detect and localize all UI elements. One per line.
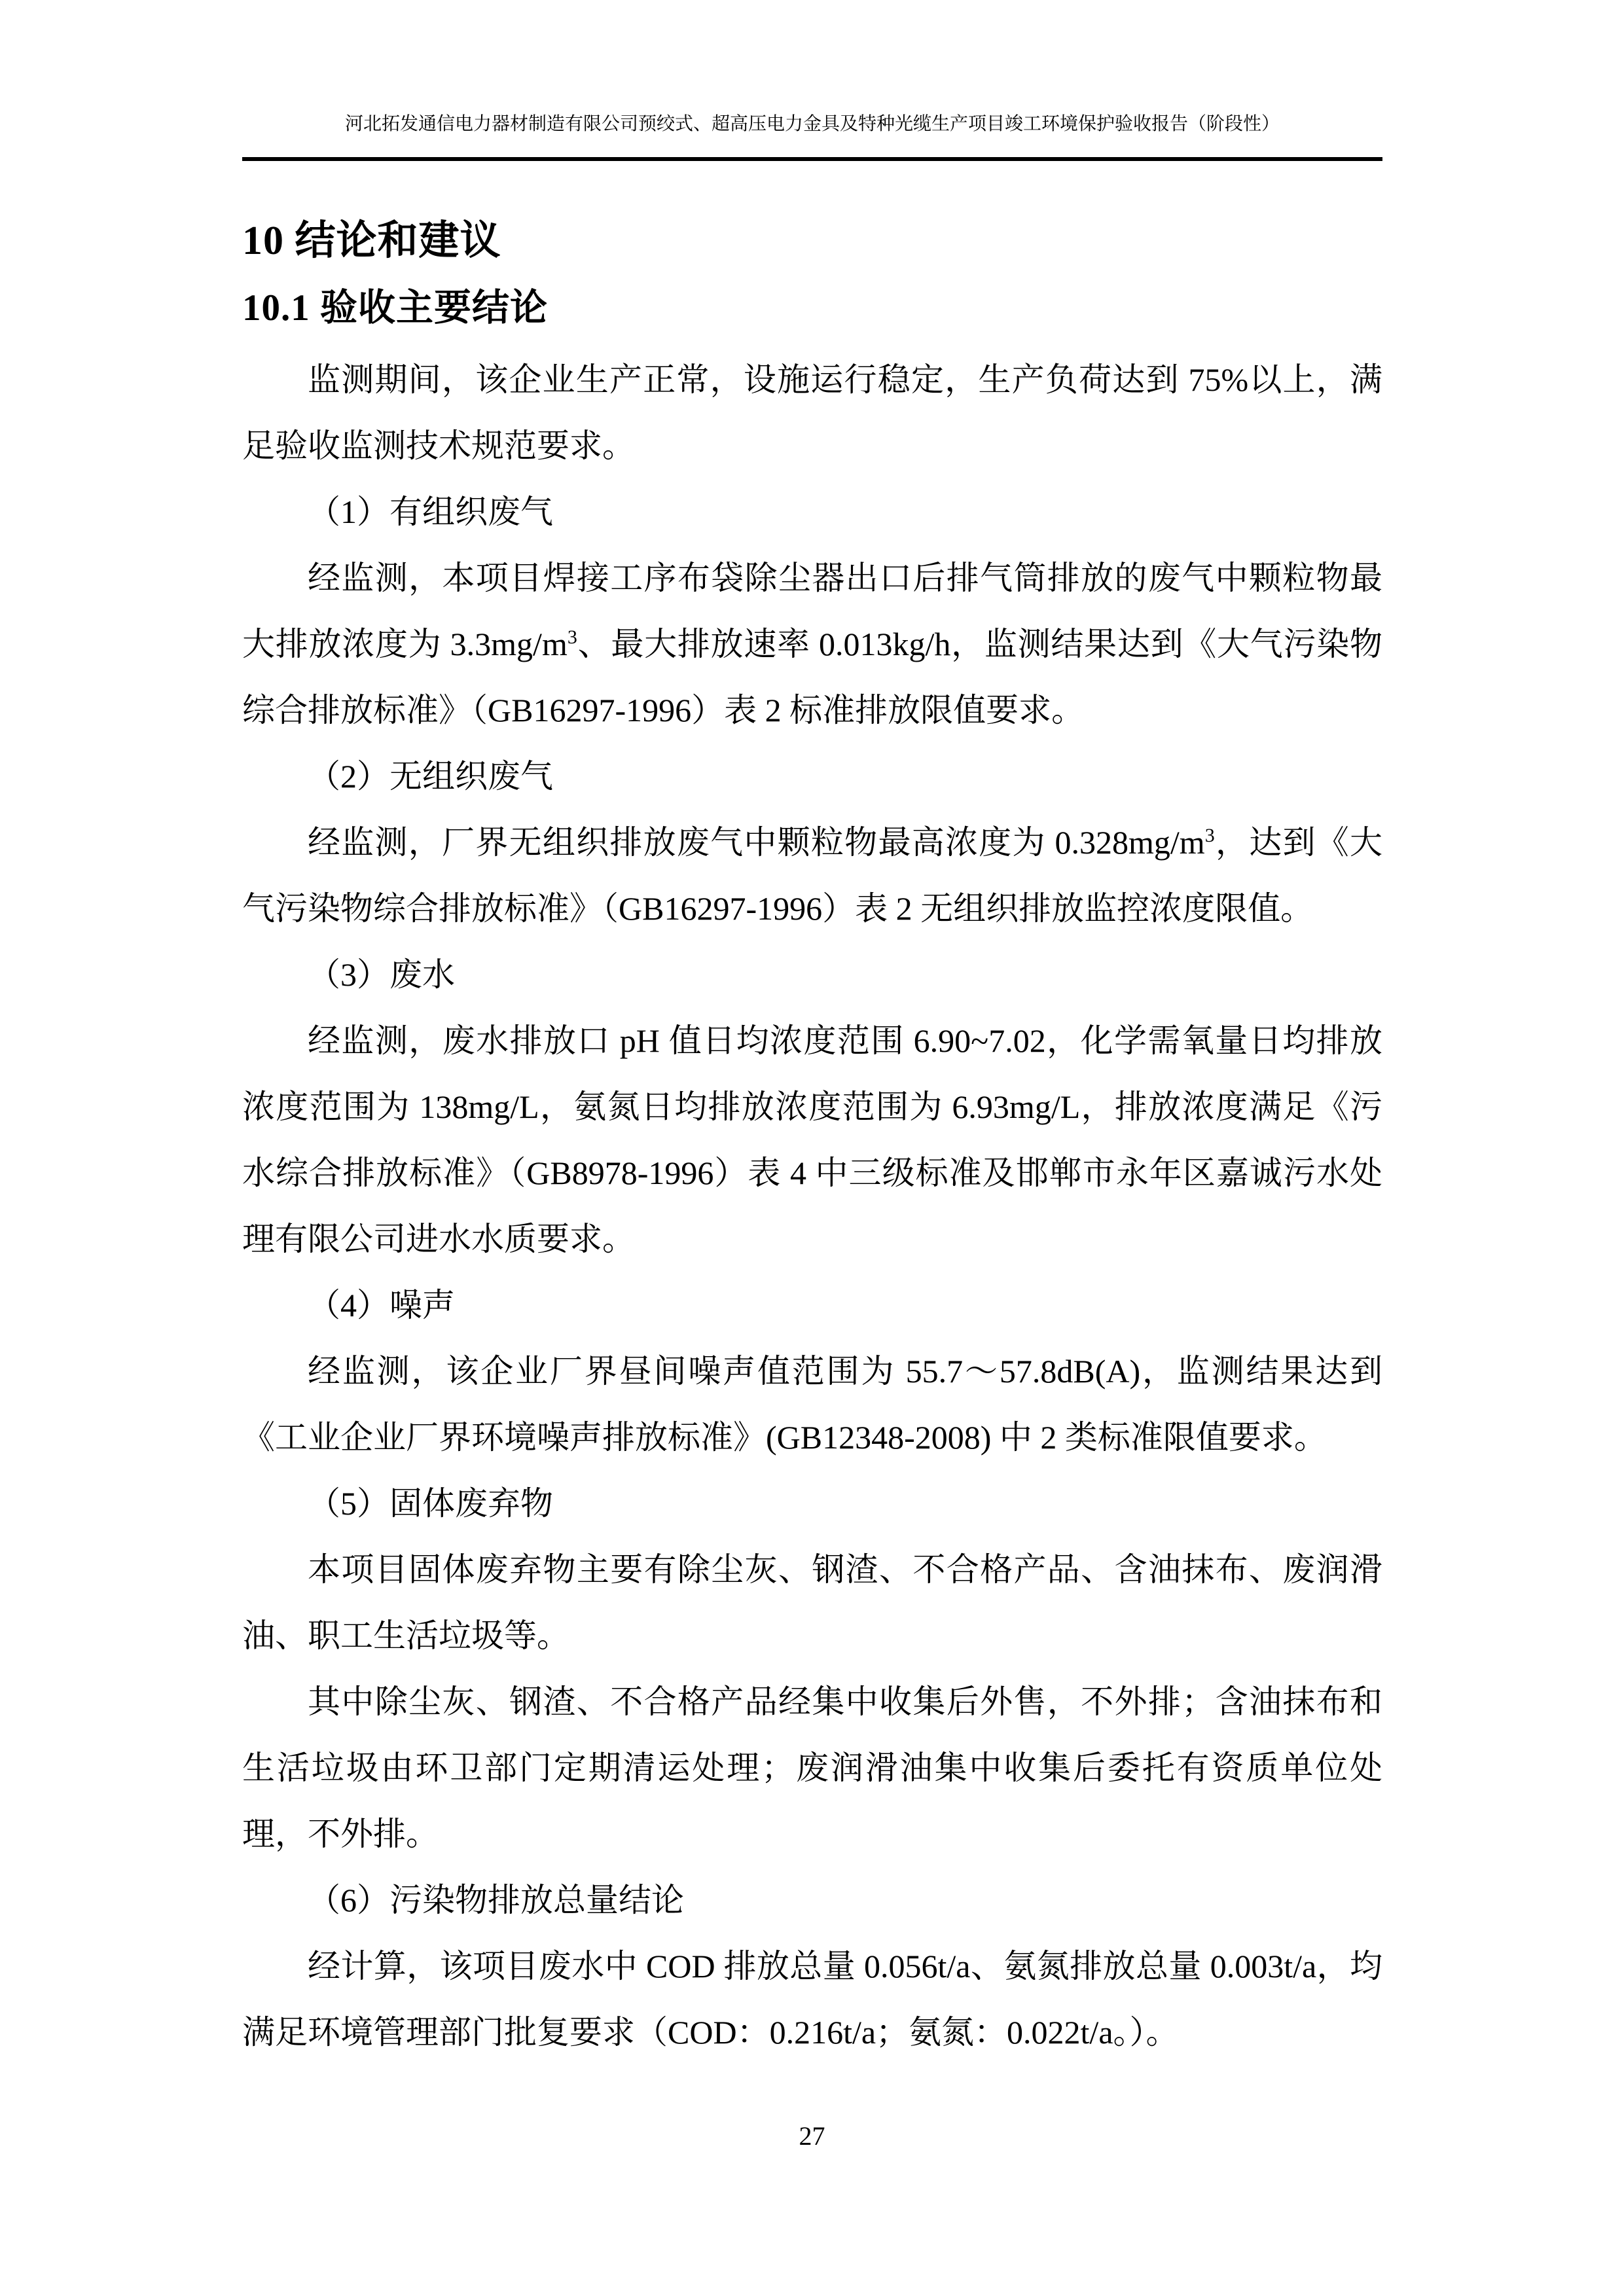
paragraph: 经监测，厂界无组织排放废气中颗粒物最高浓度为 0.328mg/m3，达到《大气污… — [242, 810, 1382, 942]
paragraph: 其中除尘灰、钢渣、不合格产品经集中收集后外售，不外排；含油抹布和生活垃圾由环卫部… — [242, 1669, 1382, 1867]
item-heading: （4）噪声 — [242, 1272, 1382, 1338]
superscript: 3 — [568, 626, 577, 648]
paragraph: 经监测，废水排放口 pH 值日均浓度范围 6.90~7.02，化学需氧量日均排放… — [242, 1008, 1382, 1272]
header-rule — [242, 157, 1382, 161]
document-body: 监测期间，该企业生产正常，设施运行稳定，生产负荷达到 75%以上，满足验收监测技… — [242, 347, 1382, 2066]
item-heading: （2）无组织废气 — [242, 744, 1382, 810]
item-heading: （1）有组织废气 — [242, 479, 1382, 545]
subsection-title: 10.1 验收主要结论 — [242, 287, 548, 330]
document-page: 河北拓发通信电力器材制造有限公司预绞式、超高压电力金具及特种光缆生产项目竣工环境… — [0, 0, 1624, 2296]
paragraph: 经计算，该项目废水中 COD 排放总量 0.056t/a、氨氮排放总量 0.00… — [242, 1933, 1382, 2066]
superscript: 3 — [1205, 825, 1215, 846]
paragraph: 本项目固体废弃物主要有除尘灰、钢渣、不合格产品、含油抹布、废润滑油、职工生活垃圾… — [242, 1537, 1382, 1669]
page-header-title: 河北拓发通信电力器材制造有限公司预绞式、超高压电力金具及特种光缆生产项目竣工环境… — [242, 111, 1382, 137]
section-title: 10 结论和建议 — [242, 217, 501, 264]
paragraph: 经监测，该企业厂界昼间噪声值范围为 55.7～57.8dB(A)，监测结果达到《… — [242, 1338, 1382, 1471]
item-heading: （6）污染物排放总量结论 — [242, 1867, 1382, 1933]
paragraph: 监测期间，该企业生产正常，设施运行稳定，生产负荷达到 75%以上，满足验收监测技… — [242, 347, 1382, 479]
item-heading: （3）废水 — [242, 942, 1382, 1008]
item-heading: （5）固体废弃物 — [242, 1471, 1382, 1537]
paragraph: 经监测，本项目焊接工序布袋除尘器出口后排气筒排放的废气中颗粒物最大排放浓度为 3… — [242, 545, 1382, 744]
page-number: 27 — [0, 2121, 1624, 2152]
